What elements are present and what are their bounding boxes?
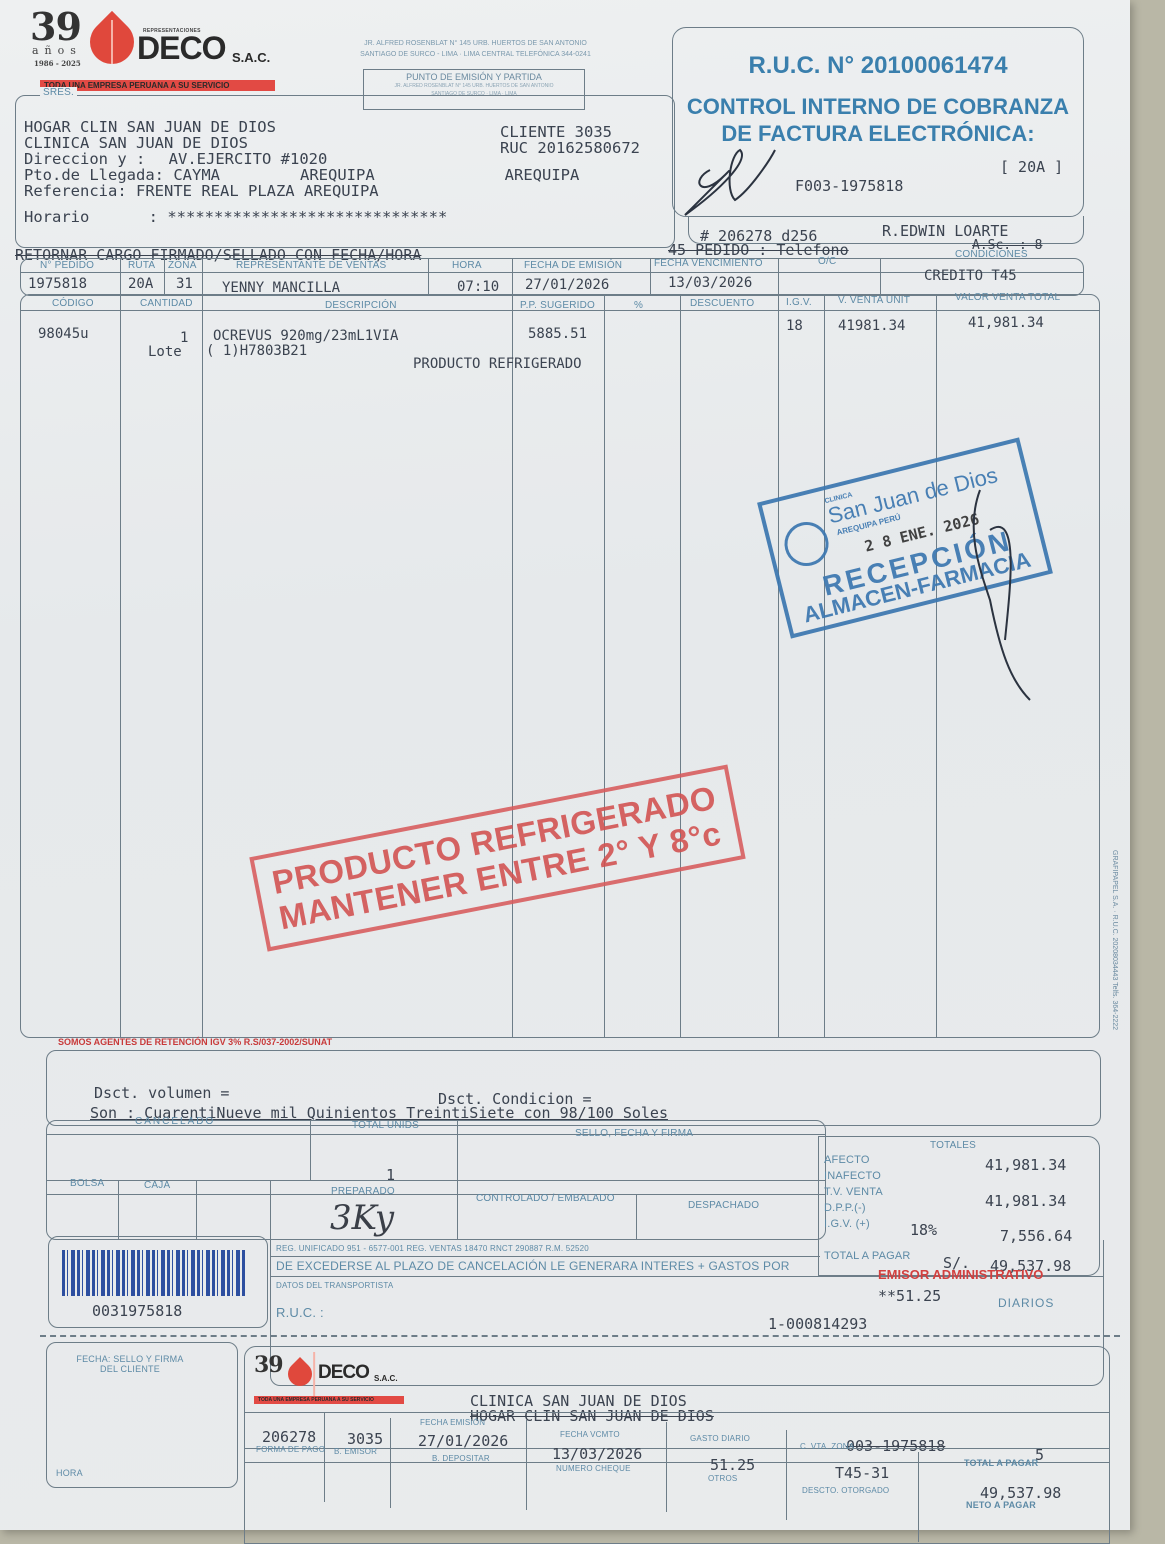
rep-label: REPRESENTANTE DE VENTAS: [236, 260, 386, 271]
cancelled-label: CANCELADO: [135, 1116, 215, 1127]
stub-issuer-bank-label: B. EMISOR: [334, 1447, 377, 1456]
schedule-value: : ******************************: [149, 208, 448, 226]
company-suffix: S.A.C.: [232, 50, 270, 65]
retention-note: SOMOS AGENTES DE RETENCIÓN IGV 3% R.S/03…: [58, 1037, 332, 1047]
grid-divider: [310, 1120, 311, 1180]
transport-divider: [270, 1256, 820, 1257]
seal-label: SELLO, FECHA Y FIRMA: [575, 1128, 693, 1139]
anniversary-years: 1986 - 2025: [34, 59, 81, 68]
col-divider: [778, 258, 779, 296]
col-igv: I.G.V.: [786, 297, 812, 308]
company-ruc: R.U.C. N° 20100061474: [672, 52, 1084, 80]
col-divider: [428, 258, 429, 296]
clinic-emblem-icon: [780, 517, 833, 570]
anniversary-word: años: [32, 44, 82, 57]
col-percent: %: [634, 300, 643, 311]
client-block: HOGAR CLIN SAN JUAN DE DIOS CLINICA SAN …: [24, 119, 579, 225]
item-lot: ( 1)H7803B21: [206, 343, 307, 359]
registry-info: REG. UNIFICADO 951 - 6577-001 REG. VENTA…: [276, 1244, 589, 1253]
control-title-line-1: CONTROL INTERNO DE COBRANZA: [672, 93, 1084, 120]
col-total: VALOR VENTA TOTAL: [955, 292, 1060, 303]
transporter-label: DATOS DEL TRANSPORTISTA: [276, 1281, 393, 1290]
zone-value: 31: [176, 276, 193, 292]
reference-label: Referencia:: [24, 182, 127, 200]
items-table: [20, 294, 1100, 1038]
grid-divider: [270, 1180, 271, 1240]
grid-divider: [46, 1134, 826, 1135]
grid-divider: [46, 1194, 826, 1195]
order-no-label: N° PEDIDO: [40, 260, 94, 271]
grid-divider: [457, 1120, 458, 1240]
afecto-value: 41,981.34: [985, 1156, 1066, 1174]
stub-slogan: TODA UNA EMPRESA PERUANA A SU SERVICIO: [254, 1396, 404, 1404]
po-label: O/C: [818, 256, 836, 267]
col-divider: [120, 258, 121, 296]
deco-drop-logo-icon: [81, 11, 143, 73]
route-label: RUTA: [128, 260, 155, 271]
dpp-label: D.P.P.(-): [824, 1200, 883, 1216]
stub-invoice: 003-1975818: [846, 1437, 945, 1455]
transport-code: 1-000814293: [768, 1315, 867, 1333]
item-note: PRODUCTO REFRIGERADO: [413, 356, 582, 372]
afecto-label: AFECTO: [824, 1152, 883, 1168]
transporter-ruc-label: R.U.C. :: [276, 1305, 324, 1320]
col-code: CÓDIGO: [52, 298, 94, 309]
totals-title: TOTALES: [930, 1140, 976, 1151]
route-value: 20A: [128, 276, 153, 292]
col-quantity: CANTIDAD: [140, 298, 193, 309]
col-divider: [164, 258, 165, 296]
conditions-label: CONDICIONES: [955, 249, 1028, 260]
stub-client-code: 3035: [347, 1430, 383, 1448]
stub-divider: [666, 1422, 667, 1512]
tv-label: T.V. VENTA: [824, 1184, 883, 1200]
stub-issue-date-label: FECHA EMISIÓN: [420, 1418, 485, 1427]
stub-daily-fee-label: GASTO DIARIO: [690, 1434, 750, 1443]
stub-others-label: OTROS: [708, 1474, 737, 1483]
item-code: 98045u: [38, 326, 89, 342]
stub-due-date-label: FECHA VCMTO: [560, 1430, 620, 1439]
stub-anniversary-number: 39: [254, 1352, 283, 1378]
stub-daily-fee: 51.25: [710, 1456, 755, 1474]
zone-label: ZONA: [168, 260, 197, 271]
prepared-label: PREPARADO: [331, 1186, 395, 1197]
client-sign-label: FECHA: SELLO Y FIRMA DEL CLIENTE: [60, 1354, 200, 1374]
due-date-value: 13/03/2026: [668, 275, 752, 291]
stub-total-label: TOTAL A PAGAR: [964, 1458, 1038, 1468]
col-divider: [778, 294, 779, 1038]
col-divider: [512, 258, 513, 296]
col-discount: DESCUENTO: [690, 298, 754, 309]
tv-value: 41,981.34: [985, 1192, 1066, 1210]
invoice-number: F003-1975818: [795, 177, 903, 195]
client-name-2: CLINICA SAN JUAN DE DIOS: [24, 135, 579, 151]
client-id-block: CLIENTE 3035 RUC 20162580672: [500, 124, 640, 156]
col-unit-price: V. VENTA UNIT: [838, 295, 910, 306]
col-divider: [680, 294, 681, 1038]
issue-date-value: 27/01/2026: [525, 277, 609, 293]
stub-zone-label: C. VTA. ZONA: [800, 1442, 854, 1451]
stub-divider: [918, 1452, 919, 1542]
volume-discount: Dsct. volumen =: [94, 1084, 229, 1102]
grid-divider: [636, 1194, 637, 1240]
stub-due-date: 13/03/2026: [552, 1445, 642, 1463]
igv-label: I.G.V. (+): [824, 1216, 883, 1232]
client-label: SRES.: [40, 87, 77, 98]
issuer-label: EMISOR ADMINISTRATIVO: [878, 1267, 1043, 1282]
interest-note: DE EXCEDERSE AL PLAZO DE CANCELACIÓN LE …: [276, 1259, 790, 1273]
col-divider: [512, 294, 513, 1038]
address-line-1: JR. ALFRED ROSENBLAT N° 145 URB. HUERTOS…: [333, 38, 618, 49]
stub-divider: [390, 1418, 391, 1508]
client-ruc: RUC 20162580672: [500, 140, 640, 156]
item-lot-label: Lote: [148, 344, 182, 360]
company-name: DECO: [137, 30, 225, 67]
signature-icon: [680, 130, 800, 220]
stub-payment-label: FORMA DE PAGO: [256, 1445, 325, 1454]
client-reference: FRENTE REAL PLAZA AREQUIPA: [136, 182, 379, 200]
stub-divider: [786, 1430, 787, 1520]
bag-label: BOLSA: [70, 1178, 104, 1189]
col-description: DESCRIPCIÓN: [325, 300, 397, 311]
item-unit-price: 41981.34: [838, 318, 905, 334]
hour-label: HORA: [452, 260, 482, 271]
col-suggested-price: P.P. SUGERIDO: [520, 300, 595, 311]
col-divider: [202, 258, 203, 296]
route-code: [ 20A ]: [1000, 158, 1063, 176]
inafecto-label: INAFECTO: [824, 1168, 883, 1184]
col-divider: [202, 294, 203, 1038]
order-no-value: 1975818: [28, 276, 87, 292]
address-line-2: SANTIAGO DE SURCO - LIMA · LIMA CENTRAL …: [333, 49, 618, 60]
client-code: CLIENTE 3035: [500, 124, 640, 140]
handwritten-mark-icon: [960, 470, 1080, 710]
stub-discount-label: DESCTO. OTORGADO: [802, 1486, 889, 1495]
daily-label: DIARIOS: [998, 1296, 1054, 1310]
barcode-icon: [62, 1250, 246, 1296]
total-units-label: TOTAL UNIDS: [352, 1120, 419, 1131]
invoice-paper: 39 años 1986 - 2025 REPRESENTACIONES DEC…: [0, 0, 1130, 1530]
schedule-label: Horario: [24, 208, 89, 226]
item-description: OCREVUS 920mg/23mL1VIA: [213, 328, 398, 344]
stub-company-suffix: S.A.C.: [374, 1374, 398, 1383]
stub-divider: [324, 1412, 325, 1502]
conditions-value: CREDITO T45: [924, 268, 1017, 284]
col-divider: [824, 294, 825, 1038]
grid-divider: [196, 1180, 197, 1240]
stub-cheque-label: NUMERO CHEQUE: [556, 1464, 631, 1473]
client-name-1: HOGAR CLIN SAN JUAN DE DIOS: [24, 119, 579, 135]
stub-divider: [244, 1412, 1110, 1413]
printer-note: GRAFIPAPEL S.A. · R.U.C. 20208034443 Tel…: [1111, 850, 1118, 1030]
stub-issue-date: 27/01/2026: [418, 1432, 508, 1450]
stub-order: 206278: [262, 1428, 316, 1446]
arrival-region: AREQUIPA: [505, 166, 580, 184]
col-divider: [880, 258, 881, 296]
stub-divider: [526, 1420, 527, 1510]
hour-stub-label: HORA: [56, 1468, 83, 1478]
dispatched-label: DESPACHADO: [688, 1200, 759, 1211]
barcode-number: 0031975818: [92, 1302, 182, 1320]
anniversary-number: 39: [30, 4, 81, 49]
igv-rate: 18%: [910, 1221, 937, 1239]
stub-deposit-bank-label: B. DEPOSITAR: [432, 1454, 490, 1463]
controlled-label: CONTROLADO / EMBALADO: [476, 1193, 615, 1204]
item-igv: 18: [786, 318, 803, 334]
col-divider: [604, 294, 605, 1038]
col-divider: [936, 294, 937, 1038]
stub-company-name: DECO: [318, 1362, 369, 1384]
hour-value: 07:10: [457, 279, 499, 295]
stub-net-label: NETO A PAGAR: [966, 1500, 1036, 1510]
company-address: JR. ALFRED ROSENBLAT N° 145 URB. HUERTOS…: [333, 38, 618, 60]
totals-labels: AFECTO INAFECTO T.V. VENTA D.P.P.(-) I.G…: [824, 1152, 883, 1232]
col-divider: [650, 258, 651, 296]
stub-client: CLINICA SAN JUAN DE DIOS HOGAR CLIN SAN …: [470, 1394, 714, 1424]
total-units-value: 1: [386, 1166, 395, 1184]
item-suggested-price: 5885.51: [528, 326, 587, 342]
stub-zone: T45-31: [835, 1464, 889, 1482]
prepared-signature: 3Ky: [330, 1198, 394, 1238]
daily-fee: **51.25: [878, 1287, 941, 1305]
item-total: 41,981.34: [968, 315, 1044, 331]
due-date-label: FECHA VENCIMIENTO: [654, 258, 763, 269]
col-divider: [120, 294, 121, 1038]
emission-point-line-1: JR. ALFRED ROSENBLAT N° 145 URB. HUERTOS…: [364, 82, 584, 90]
issue-date-label: FECHA DE EMISIÓN: [524, 260, 622, 271]
emission-point-title: PUNTO DE EMISIÓN Y PARTIDA: [364, 72, 584, 82]
box-label: CAJA: [144, 1180, 170, 1191]
grid-divider: [118, 1180, 119, 1240]
perforation-line: [40, 1335, 1120, 1337]
